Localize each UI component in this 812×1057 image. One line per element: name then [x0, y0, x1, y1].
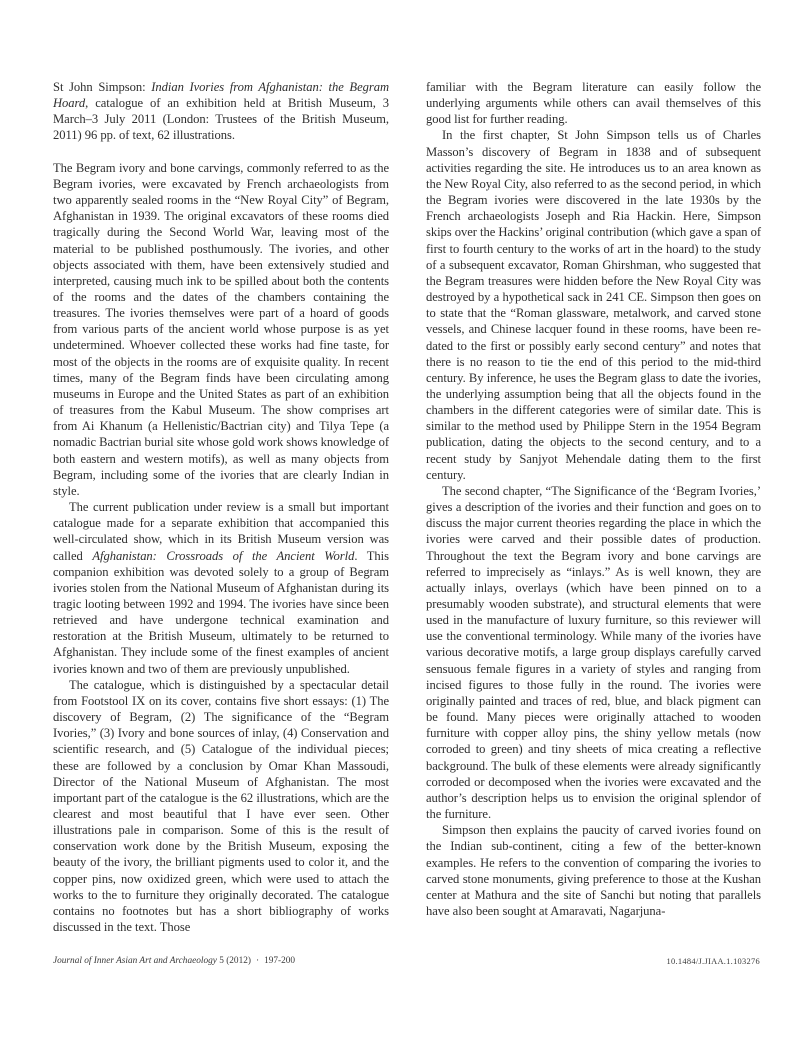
paragraph-second-chapter: The second chapter, “The Significance of… [426, 483, 761, 822]
exhibition-title: Afghanistan: Crossroads of the Ancient W… [92, 549, 354, 563]
paragraph-intro: The Begram ivory and bone carvings, comm… [53, 160, 389, 499]
paragraph-publication: The current publication under review is … [53, 499, 389, 677]
journal-volume: 5 (2012) [217, 956, 251, 966]
paragraph-continuation: familiar with the Begram literature can … [426, 79, 761, 127]
citation-details: , catalogue of an exhibition held at Bri… [53, 96, 389, 142]
paragraph-first-chapter: In the first chapter, St John Simpson te… [426, 127, 761, 482]
review-citation: St John Simpson: Indian Ivories from Afg… [53, 79, 389, 144]
journal-page: St John Simpson: Indian Ivories from Afg… [0, 0, 812, 1057]
citation-author: St John Simpson: [53, 80, 151, 94]
footer-separator: · [256, 956, 259, 966]
paragraph-text: . This companion exhibition was devoted … [53, 549, 389, 676]
doi: 10.1484/J.JIAA.1.103276 [667, 957, 760, 966]
paragraph-paucity: Simpson then explains the paucity of car… [426, 822, 761, 919]
page-range: 197-200 [264, 956, 295, 966]
paragraph-catalogue: The catalogue, which is distinguished by… [53, 677, 389, 936]
right-column: familiar with the Begram literature can … [426, 79, 761, 919]
journal-name: Journal of Inner Asian Art and Archaeolo… [53, 956, 217, 966]
journal-footer: Journal of Inner Asian Art and Archaeolo… [53, 956, 295, 966]
left-column: St John Simpson: Indian Ivories from Afg… [53, 79, 389, 935]
